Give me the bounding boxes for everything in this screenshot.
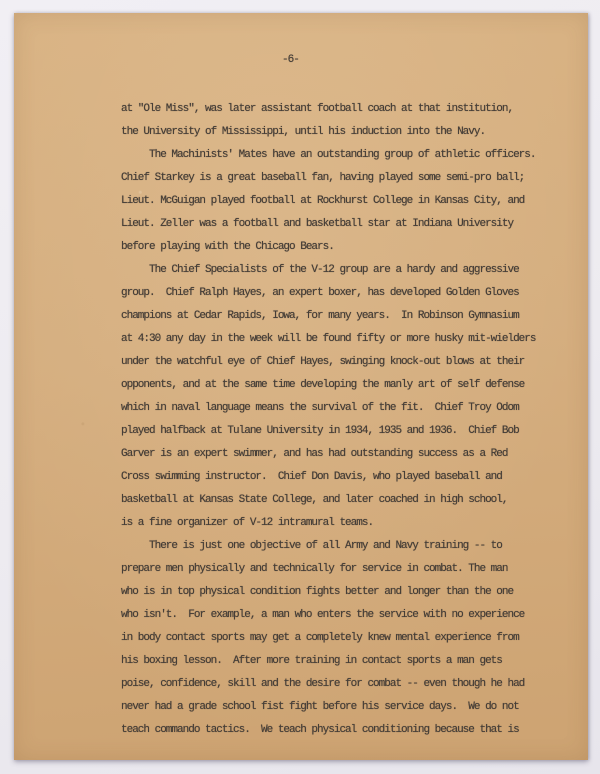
text-line: never had a grade school fist fight befo… [121,696,561,719]
text-line: Chief Starkey is a great baseball fan, h… [121,167,561,190]
text-line: in body contact sports may get a complet… [121,627,561,650]
text-line: before playing with the Chicago Bears. [121,236,561,259]
text-line: who isn't. For example, a man who enters… [121,604,561,627]
text-line: group. Chief Ralph Hayes, an expert boxe… [121,282,561,305]
text-line: played halfback at Tulane University in … [121,420,561,443]
text-line: Garver is an expert swimmer, and has had… [121,443,561,466]
typewritten-text: at "Ole Miss", was later assistant footb… [121,98,561,742]
document-page: -6- at "Ole Miss", was later assistant f… [14,13,588,760]
text-line: is a fine organizer of V-12 intramural t… [121,512,561,535]
text-line: teach commando tactics. We teach physica… [121,719,561,742]
text-line: Lieut. Zeller was a football and basketb… [121,213,561,236]
text-line: There is just one objective of all Army … [121,535,561,558]
text-line: Cross swimming instructor. Chief Don Dav… [121,466,561,489]
text-line: the University of Mississippi, until his… [121,121,561,144]
text-line: Lieut. McGuigan played football at Rockh… [121,190,561,213]
text-line: prepare men physically and technically f… [121,558,561,581]
text-line: which in naval language means the surviv… [121,397,561,420]
text-line: under the watchful eye of Chief Hayes, s… [121,351,561,374]
text-line: at 4:30 any day in the week will be foun… [121,328,561,351]
text-line: The Chief Specialists of the V-12 group … [121,259,561,282]
scan-background: -6- at "Ole Miss", was later assistant f… [0,0,600,774]
text-line: who is in top physical condition fights … [121,581,561,604]
text-line: opponents, and at the same time developi… [121,374,561,397]
text-line: at "Ole Miss", was later assistant footb… [121,98,561,121]
text-line: basketball at Kansas State College, and … [121,489,561,512]
text-line: his boxing lesson. After more training i… [121,650,561,673]
text-line: champions at Cedar Rapids, Iowa, for man… [121,305,561,328]
text-line: poise, confidence, skill and the desire … [121,673,561,696]
text-line: The Machinists' Mates have an outstandin… [121,144,561,167]
page-number: -6- [282,54,299,66]
